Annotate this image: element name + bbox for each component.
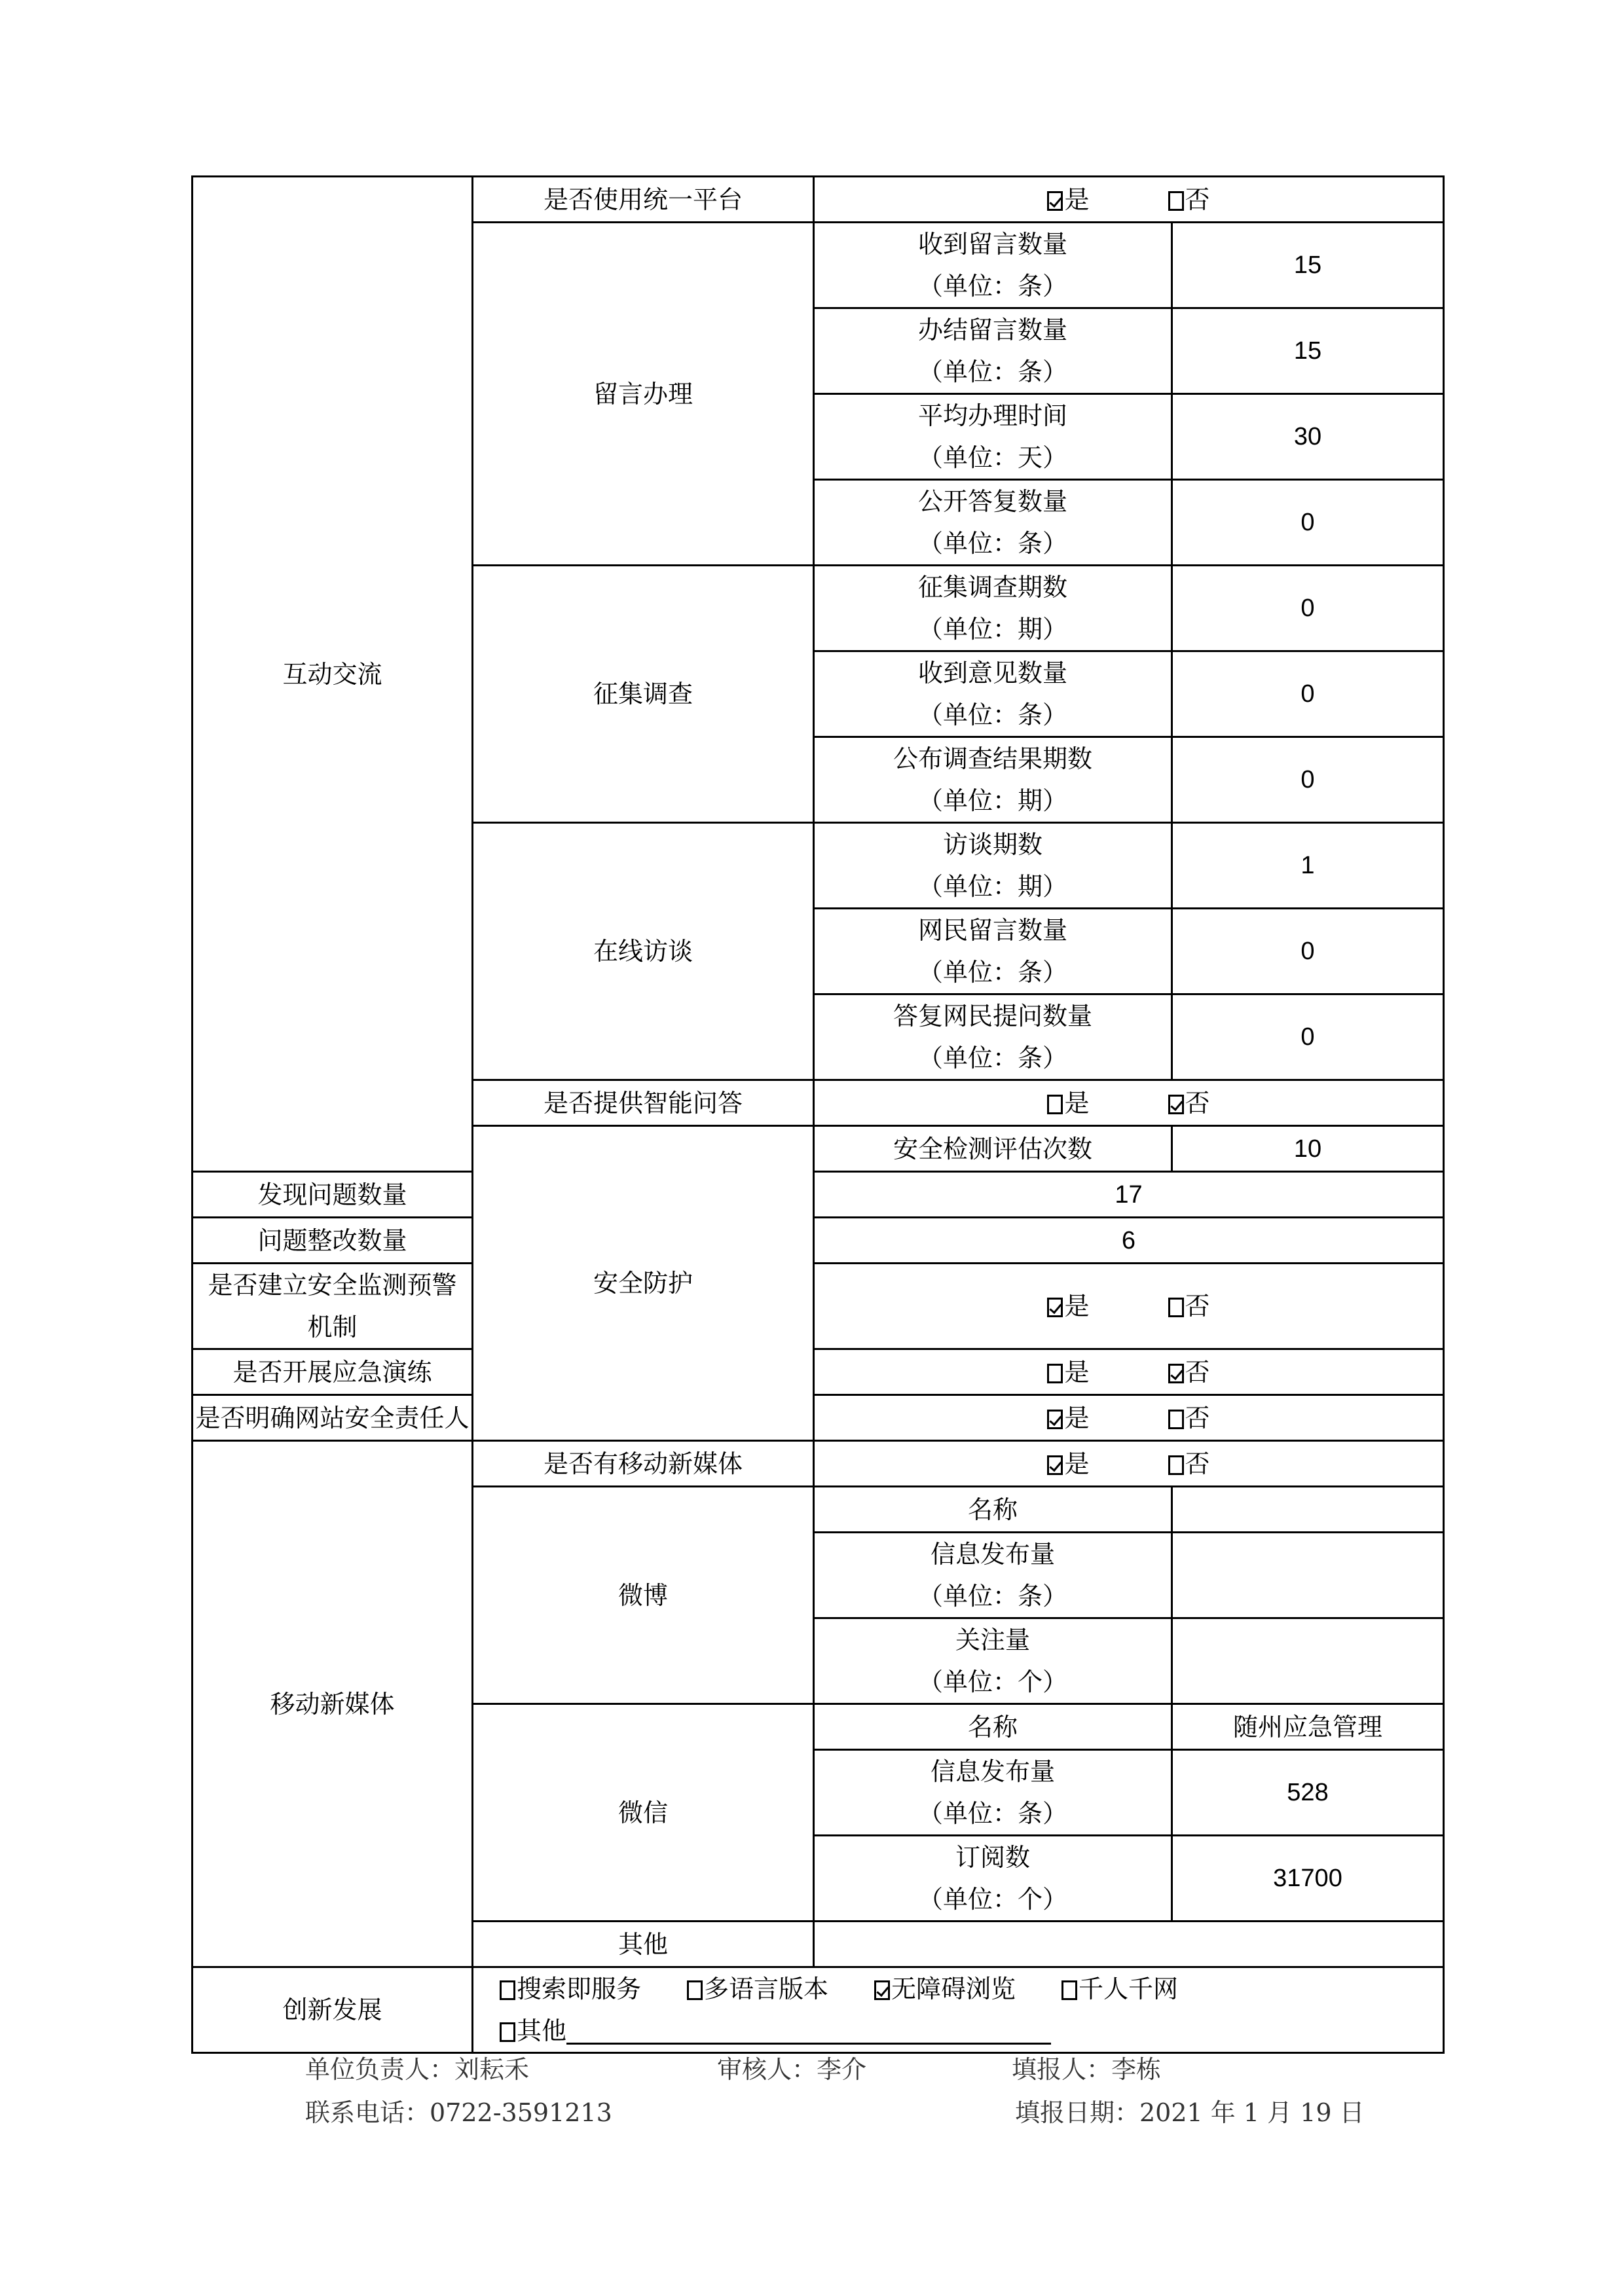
field-name: 公布调查结果期数 (815, 738, 1171, 780)
field-value: 30 (1172, 394, 1444, 480)
option-yes[interactable]: 是 (1047, 1397, 1089, 1439)
option-yes[interactable]: 是 (1047, 1351, 1089, 1393)
field-value: 0 (1172, 480, 1444, 566)
weibo-name-value (1172, 1487, 1444, 1533)
option-yes[interactable]: 是 (1047, 1285, 1089, 1327)
field-unit: （单位：条） (815, 951, 1171, 993)
field-unit: （单位：期） (815, 866, 1171, 907)
field-label: 信息发布量（单位：条） (814, 1533, 1172, 1618)
option-label: 搜索即服务 (517, 1975, 641, 2003)
other-input-line[interactable] (566, 2016, 1051, 2045)
interview-label: 在线访谈 (473, 823, 814, 1080)
field-label: 平均办理时间（单位：天） (814, 394, 1172, 480)
checkbox-checked-icon[interactable] (1047, 1455, 1063, 1475)
field-name: 征集调查期数 (815, 566, 1171, 608)
field-label: 公开答复数量（单位：条） (814, 480, 1172, 566)
has-mobile-options: 是否 (814, 1441, 1444, 1487)
field-label: 办结留言数量（单位：条） (814, 308, 1172, 394)
option-label: 多语言版本 (704, 1975, 828, 2003)
checkbox-empty-icon[interactable] (500, 2022, 515, 2042)
unified-platform-label: 是否使用统一平台 (473, 177, 814, 223)
wechat-name-value: 随州应急管理 (1172, 1704, 1444, 1750)
early-warning-options: 是否 (814, 1264, 1444, 1349)
field-label: 关注量（单位：个） (814, 1618, 1172, 1704)
checkbox-checked-icon[interactable] (1047, 1298, 1063, 1317)
drill-label: 是否开展应急演练 (193, 1349, 473, 1395)
field-label: 收到留言数量（单位：条） (814, 223, 1172, 308)
fill-date: 填报日期：2021 年 1 月 19 日 (1015, 2092, 1365, 2128)
checkbox-empty-icon[interactable] (1168, 1455, 1184, 1475)
field-unit: （单位：期） (815, 780, 1171, 822)
field-unit: （单位：条） (815, 694, 1171, 736)
field-unit: （单位：条） (815, 351, 1171, 393)
field-name: 收到意见数量 (815, 652, 1171, 694)
responsible-label: 是否明确网站安全责任人 (193, 1395, 473, 1441)
checkbox-empty-icon[interactable] (1168, 1298, 1184, 1317)
field-name: 关注量 (815, 1619, 1171, 1661)
drill-options: 是否 (814, 1349, 1444, 1395)
field-label: 订阅数（单位：个） (814, 1836, 1172, 1922)
field-name: 公开答复数量 (815, 481, 1171, 522)
field-label: 公布调查结果期数（单位：期） (814, 737, 1172, 823)
option-search-service[interactable]: 搜索即服务 (500, 1968, 641, 2010)
field-label: 访谈期数（单位：期） (814, 823, 1172, 909)
contact-phone: 联系电话：0722-3591213 (305, 2092, 612, 2128)
checkbox-empty-icon[interactable] (687, 1980, 703, 2000)
field-unit: （单位：条） (815, 1575, 1171, 1617)
messages-label: 留言办理 (473, 223, 814, 566)
option-label: 是 (1064, 185, 1089, 214)
option-yes[interactable]: 是 (1047, 1443, 1089, 1485)
field-unit: （单位：条） (815, 1037, 1171, 1079)
weibo-followers-value (1172, 1618, 1444, 1704)
checkbox-empty-icon[interactable] (1168, 191, 1184, 211)
weibo-posts-value (1172, 1533, 1444, 1618)
option-label: 无障碍浏览 (891, 1975, 1016, 2003)
checkbox-checked-icon[interactable] (1168, 1364, 1184, 1383)
option-label: 其他 (517, 2016, 566, 2045)
filler: 填报人：李栋 (1012, 2049, 1161, 2085)
field-label: 信息发布量（单位：条） (814, 1750, 1172, 1836)
option-label: 是 (1064, 1358, 1089, 1387)
field-name: 平均办理时间 (815, 395, 1171, 437)
field-label: 网民留言数量（单位：条） (814, 909, 1172, 994)
field-value: 0 (1172, 566, 1444, 651)
reviewer: 审核人：李介 (717, 2049, 866, 2085)
field-unit: （单位：天） (815, 437, 1171, 479)
field-name: 访谈期数 (815, 824, 1171, 866)
section-innovation: 创新发展 (193, 1967, 473, 2053)
wechat-name-label: 名称 (814, 1704, 1172, 1750)
field-unit: （单位：条） (815, 522, 1171, 564)
option-label: 是 (1064, 1404, 1089, 1432)
field-name: 办结留言数量 (815, 309, 1171, 351)
option-no[interactable]: 否 (1168, 1285, 1210, 1327)
issues-fixed-value: 6 (814, 1218, 1444, 1264)
other-media-label: 其他 (473, 1922, 814, 1967)
option-multilingual[interactable]: 多语言版本 (687, 1968, 828, 2010)
field-value: 15 (1172, 308, 1444, 394)
unit-head: 单位负责人：刘耘禾 (305, 2049, 529, 2085)
option-no[interactable]: 否 (1168, 1082, 1210, 1124)
wechat-posts-value: 528 (1172, 1750, 1444, 1836)
option-label: 否 (1185, 1358, 1210, 1387)
option-label: 否 (1185, 1404, 1210, 1432)
option-no[interactable]: 否 (1168, 1443, 1210, 1485)
survey-label: 征集调查 (473, 566, 814, 823)
checkbox-empty-icon[interactable] (1047, 1364, 1063, 1383)
checkbox-empty-icon[interactable] (500, 1980, 515, 2000)
field-name: 信息发布量 (815, 1533, 1171, 1575)
option-label: 是 (1064, 1089, 1089, 1118)
assessments-value: 10 (1172, 1126, 1444, 1172)
issues-fixed-label: 问题整改数量 (193, 1218, 473, 1264)
checkbox-checked-icon[interactable] (1047, 1410, 1063, 1429)
unified-platform-options: 是否 (814, 177, 1444, 223)
option-label: 否 (1185, 1292, 1210, 1321)
field-name: 答复网民提问数量 (815, 995, 1171, 1037)
option-label: 千人千网 (1079, 1975, 1178, 2003)
field-name: 网民留言数量 (815, 909, 1171, 951)
smart-qa-options: 是否 (814, 1080, 1444, 1126)
other-media-value (814, 1922, 1444, 1967)
wechat-subscribers-value: 31700 (1172, 1836, 1444, 1922)
option-yes[interactable]: 是 (1047, 179, 1089, 221)
weibo-name-label: 名称 (814, 1487, 1172, 1533)
section-security: 安全防护 (473, 1126, 814, 1441)
field-value: 15 (1172, 223, 1444, 308)
checkbox-empty-icon[interactable] (1047, 1095, 1063, 1114)
field-unit: （单位：条） (815, 1793, 1171, 1834)
wechat-label: 微信 (473, 1704, 814, 1922)
early-warning-label: 是否建立安全监测预警机制 (193, 1264, 473, 1349)
weibo-label: 微博 (473, 1487, 814, 1704)
field-value: 0 (1172, 737, 1444, 823)
has-mobile-label: 是否有移动新媒体 (473, 1441, 814, 1487)
report-table: 互动交流 是否使用统一平台 是否 留言办理 收到留言数量（单位：条） 15 办结… (191, 175, 1445, 2054)
field-name: 信息发布量 (815, 1751, 1171, 1793)
checkbox-empty-icon[interactable] (1061, 1980, 1077, 2000)
field-name: 订阅数 (815, 1836, 1171, 1878)
checkbox-checked-icon[interactable] (1168, 1095, 1184, 1114)
option-accessibility[interactable]: 无障碍浏览 (874, 1968, 1016, 2010)
field-unit: （单位：个） (815, 1661, 1171, 1703)
option-personalized[interactable]: 千人千网 (1061, 1968, 1178, 2010)
section-label: 互动交流 (282, 660, 382, 689)
field-unit: （单位：期） (815, 608, 1171, 650)
field-label: 答复网民提问数量（单位：条） (814, 994, 1172, 1080)
option-no[interactable]: 否 (1168, 1397, 1210, 1439)
field-value: 0 (1172, 651, 1444, 737)
option-other[interactable]: 其他 (500, 2010, 1051, 2052)
field-value: 0 (1172, 994, 1444, 1080)
checkbox-checked-icon[interactable] (1047, 191, 1063, 211)
option-label: 否 (1185, 1449, 1210, 1478)
assessments-label: 安全检测评估次数 (814, 1126, 1172, 1172)
option-label: 否 (1185, 185, 1210, 214)
field-unit: （单位：条） (815, 265, 1171, 307)
option-no[interactable]: 否 (1168, 1351, 1210, 1393)
smart-qa-label: 是否提供智能问答 (473, 1080, 814, 1126)
field-name: 收到留言数量 (815, 223, 1171, 265)
option-label: 否 (1185, 1089, 1210, 1118)
field-value: 0 (1172, 909, 1444, 994)
option-yes[interactable]: 是 (1047, 1082, 1089, 1124)
field-label: 收到意见数量（单位：条） (814, 651, 1172, 737)
issues-found-label: 发现问题数量 (193, 1172, 473, 1218)
option-no[interactable]: 否 (1168, 179, 1210, 221)
field-label: 征集调查期数（单位：期） (814, 566, 1172, 651)
responsible-options: 是否 (814, 1395, 1444, 1441)
section-interaction: 互动交流 (193, 177, 473, 1172)
option-label: 是 (1064, 1292, 1089, 1321)
option-label: 是 (1064, 1449, 1089, 1478)
checkbox-empty-icon[interactable] (1168, 1410, 1184, 1429)
innovation-options: 搜索即服务多语言版本无障碍浏览千人千网 其他 (473, 1967, 1444, 2053)
field-unit: （单位：个） (815, 1878, 1171, 1920)
issues-found-value: 17 (814, 1172, 1444, 1218)
section-mobile: 移动新媒体 (193, 1441, 473, 1967)
checkbox-checked-icon[interactable] (874, 1980, 890, 2000)
field-value: 1 (1172, 823, 1444, 909)
